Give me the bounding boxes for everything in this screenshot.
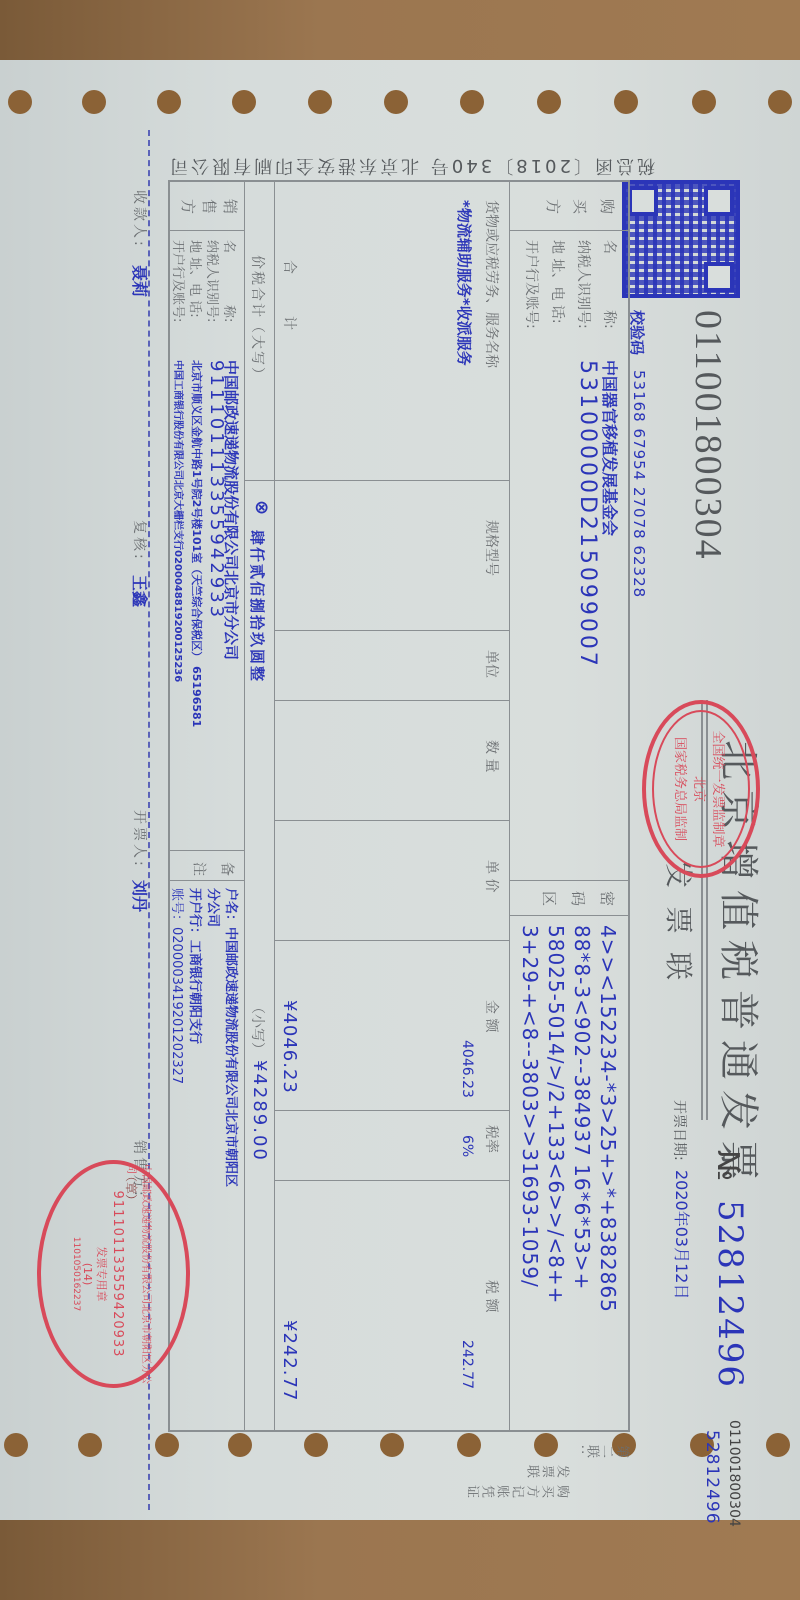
buyer-tax-id-label: 纳税人识别号:: [574, 240, 594, 329]
tax-bureau-stamp: 全国统一发票监制章 北京 国家税务总局监制: [642, 700, 760, 878]
seller-address-label: 地 址、电 话:: [187, 240, 206, 318]
buyer-name-label: 名 称:: [600, 240, 620, 329]
grand-total-label: 价税合计（大写）: [248, 255, 268, 383]
col-divider: [170, 850, 245, 851]
cipher-line: 4>><152234-*3>25+>*+8382865: [596, 925, 620, 1313]
col-divider: [275, 940, 510, 941]
col-divider: [245, 480, 275, 481]
header-item-name: 货物或应税劳务、服务名称: [482, 200, 502, 368]
header-qty: 数 量: [482, 740, 502, 772]
remarks-section-label: 备注: [179, 858, 235, 878]
col-divider: [275, 480, 510, 481]
col-divider: [275, 1110, 510, 1111]
header-spec: 规格型号: [482, 520, 502, 576]
invoice-code-right: 011001800304: [726, 1420, 742, 1527]
invoice-number: 52812496: [710, 1200, 750, 1389]
check-code: 53168 67954 27078 62328: [630, 370, 648, 598]
total-label: 合 计: [280, 260, 300, 330]
invoice-code: 011001800304: [686, 310, 730, 561]
total-tax: ¥242.77: [279, 1320, 300, 1401]
cipher-line: 58025-5014/>/2+133<6>>/<8++: [544, 925, 568, 1304]
seal-type: 发票专用章: [95, 1247, 111, 1302]
copy-name: 发票联: [525, 1460, 570, 1479]
seller-section-label: 销售方: [175, 196, 238, 217]
qr-finder: [628, 186, 658, 216]
reviewer-label: 复核:: [130, 520, 150, 562]
table-border-left: [168, 180, 630, 182]
row-divider: [244, 180, 245, 1430]
col-divider: [510, 880, 630, 881]
seller-tax-id-label: 纳税人识别号:: [204, 240, 223, 322]
col-divider: [275, 700, 510, 701]
payee: 聂莉: [129, 265, 152, 297]
qr-finder: [704, 186, 734, 216]
drawer-label: 开票人:: [130, 810, 150, 869]
cipher-line: 3+29-+<8--3803>>31693-1059/: [518, 925, 542, 1288]
buyer-address-label: 地 址、电 话:: [548, 240, 568, 324]
col-divider: [170, 230, 245, 231]
col-divider: [170, 880, 245, 881]
seller-bank: 中国工商银行股份有限公司北京大栅栏支行0200048819200125236: [172, 360, 187, 682]
seller-bank-label: 开户行及账号:: [170, 240, 189, 322]
seller-seal-mark: （章）: [123, 1170, 140, 1206]
copy-number: 第二联:: [579, 1440, 630, 1459]
invoice-number-right: 52812496: [702, 1430, 722, 1525]
number-prefix: №: [710, 1150, 745, 1181]
row-divider: [509, 180, 510, 1430]
qr-code: [622, 180, 740, 298]
payee-label: 收款人:: [130, 190, 150, 249]
reviewer: 王鑫: [129, 575, 152, 607]
col-divider: [275, 820, 510, 821]
remarks-line: 分公司: [205, 888, 224, 927]
buyer-bank-label: 开户行及账号:: [522, 240, 542, 329]
drawer: 刘丹: [129, 880, 152, 912]
seller-address: 北京市顺义区金航中路1号院2号楼101室（天竺综合保税区） 65196581: [189, 360, 205, 727]
invoice: 011001800304 校验码 53168 67954 27078 62328…: [0, 0, 800, 1600]
table-border-right: [168, 1430, 630, 1432]
col-divider: [275, 630, 510, 631]
cipher-line: 88*8-3<902--384937 16*6*53>+: [570, 925, 594, 1290]
buyer-name: 中国器官移植发展基金会: [599, 360, 622, 536]
col-divider: [510, 915, 630, 916]
header-rate: 税率: [482, 1125, 502, 1153]
qr-finder: [704, 262, 734, 292]
header-tax: 税 额: [482, 1280, 502, 1312]
col-divider: [510, 230, 630, 231]
header-amount: 金 额: [482, 1000, 502, 1032]
header-unit: 单位: [482, 650, 502, 678]
table-border-top: [628, 180, 630, 1430]
col-divider: [275, 1180, 510, 1181]
stamp-inner-ring: [652, 710, 750, 868]
remarks-line: 户名：中国邮政速递物流股份有限公司北京市朝阳区: [223, 888, 242, 1187]
row-divider: [274, 180, 275, 1430]
grand-total-small: ¥4289.00: [249, 1060, 270, 1162]
total-amount: ¥4046.23: [279, 1000, 300, 1094]
item-tax: 242.77: [459, 1340, 475, 1389]
remarks-line: 账号：0200003419201202327: [169, 888, 188, 1084]
check-code-label: 校验码: [627, 310, 648, 355]
buyer-tax-id: 53100000D215099007: [575, 360, 600, 669]
buyer-section-label: 购买方: [534, 196, 615, 217]
copy-purpose: 购买方记账凭证: [465, 1480, 570, 1499]
grand-total-uppercase: 肆仟贰佰捌拾玖圆整: [247, 530, 268, 683]
cancel-symbol-icon: ⊗: [251, 500, 272, 515]
seller-invoice-seal: 中国邮政速递物流股份有限公司北京市朝阳区分公司 9111011335594209…: [37, 1160, 190, 1388]
seal-id: 911101133559420933: [111, 1191, 126, 1358]
item-rate: 6%: [459, 1135, 475, 1157]
remarks-line: 开户行：工商银行朝阳支行: [187, 888, 206, 1044]
copy-label: 发票联: [660, 860, 700, 998]
printer-note: 税总函〔2018〕340号 北京东港安全印刷有限公司: [95, 150, 655, 180]
item-name: *物流辅助服务*收派服务: [454, 200, 475, 366]
grand-total-small-label: （小写）: [248, 1000, 268, 1056]
header-price: 单 价: [482, 860, 502, 892]
seller-tax-id: 911101113355942933: [206, 360, 227, 620]
seal-code: 1101050162237: [72, 1237, 82, 1311]
date-label: 开票日期:: [670, 1100, 690, 1161]
seller-name-label: 名 称:: [221, 240, 240, 322]
cipher-section-label: 密码区: [528, 888, 615, 909]
invoice-date: 2020年03月12日: [671, 1170, 694, 1299]
seal-no: (14): [82, 1263, 95, 1286]
invoice-rotated: 011001800304 校验码 53168 67954 27078 62328…: [0, 0, 800, 1600]
item-amount: 4046.23: [459, 1040, 475, 1098]
